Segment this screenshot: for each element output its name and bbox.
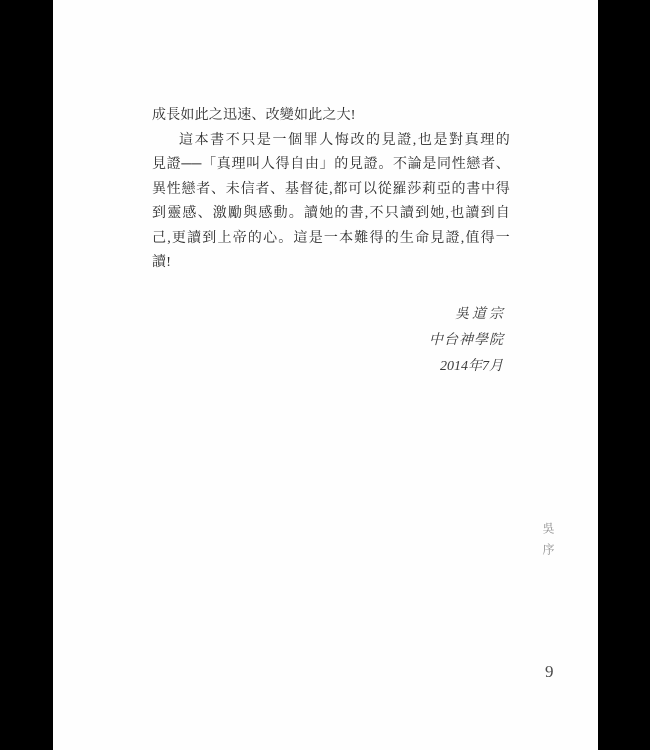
body-line-3: 見證──「真理叫人得自由」的見證。不論是同性戀者、 (152, 153, 510, 178)
chapter-side-label: 吳序 (540, 522, 557, 564)
right-scan-border (598, 0, 650, 750)
body-line-5: 到靈感、激勵與感動。讀她的書,不只讀到她,也讀到自 (152, 202, 510, 227)
attribution-institution: 中台神學院 (429, 328, 504, 354)
attribution-block: 吳道宗 中台神學院 2014年7月 (429, 302, 503, 380)
attribution-date: 2014年7月 (429, 354, 503, 380)
body-line-6: 己,更讀到上帝的心。這是一本難得的生命見證,值得一 (152, 227, 510, 252)
body-line-1: 成長如此之迅速、改變如此之大! (152, 104, 510, 129)
body-line-7: 讀! (152, 251, 510, 276)
page-number: 9 (545, 662, 554, 682)
attribution-author: 吳道宗 (429, 302, 506, 328)
preface-body-text: 成長如此之迅速、改變如此之大! 這本書不只是一個罪人悔改的見證,也是對真理的 見… (152, 104, 510, 276)
body-line-4: 異性戀者、未信者、基督徒,都可以從羅莎莉亞的書中得 (152, 178, 510, 203)
body-line-2: 這本書不只是一個罪人悔改的見證,也是對真理的 (152, 129, 510, 154)
book-page-scan: 成長如此之迅速、改變如此之大! 這本書不只是一個罪人悔改的見證,也是對真理的 見… (0, 0, 650, 750)
left-scan-border (0, 0, 53, 750)
